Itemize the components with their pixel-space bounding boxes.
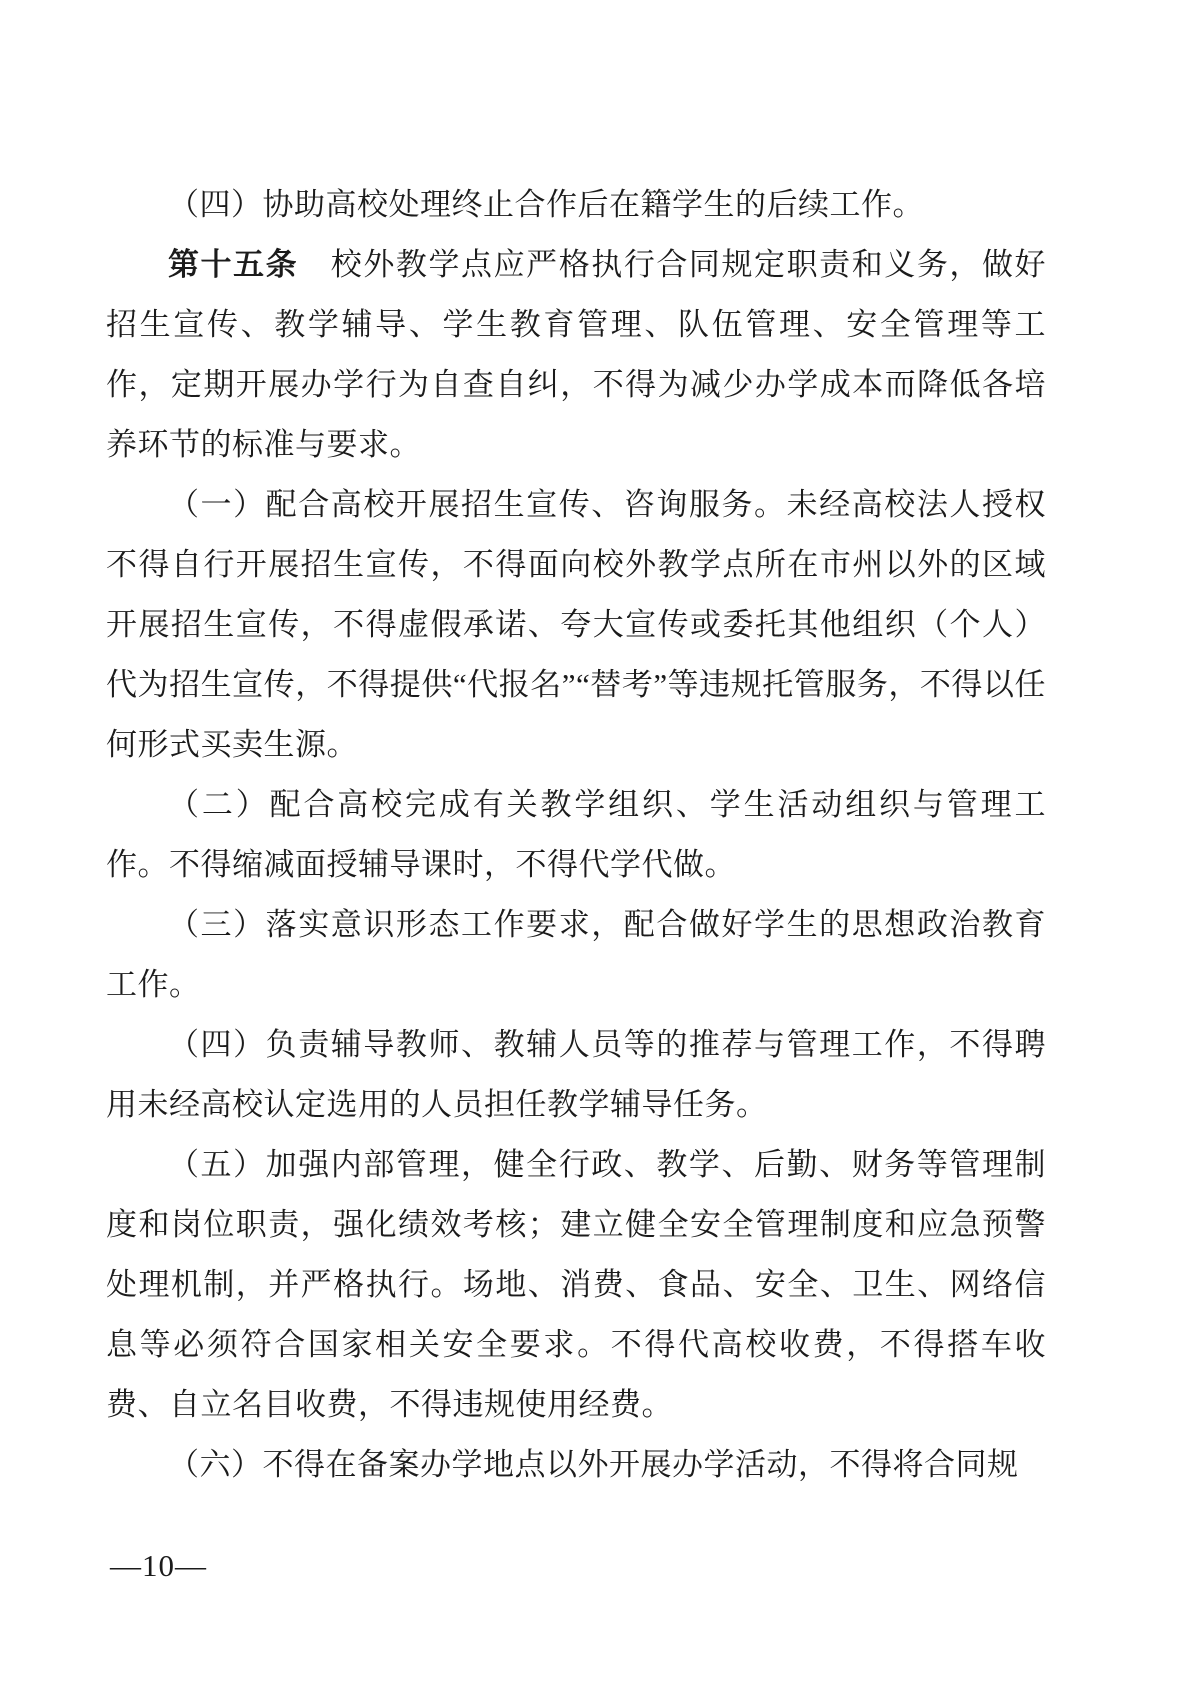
paragraph: （二）配合高校完成有关教学组织、学生活动组织与管理工作。不得缩减面授辅导课时，不… xyxy=(106,775,1046,895)
document-body: （四）协助高校处理终止合作后在籍学生的后续工作。第十五条 校外教学点应严格执行合… xyxy=(106,175,1046,1495)
paragraph: （四）协助高校处理终止合作后在籍学生的后续工作。 xyxy=(106,175,1046,235)
page-number: —10— xyxy=(110,1541,207,1591)
paragraph: （三）落实意识形态工作要求，配合做好学生的思想政治教育工作。 xyxy=(106,895,1046,1015)
paragraph: （一）配合高校开展招生宣传、咨询服务。未经高校法人授权不得自行开展招生宣传，不得… xyxy=(106,475,1046,775)
paragraph: （六）不得在备案办学地点以外开展办学活动，不得将合同规 xyxy=(106,1435,1046,1495)
paragraph: （四）负责辅导教师、教辅人员等的推荐与管理工作，不得聘用未经高校认定选用的人员担… xyxy=(106,1015,1046,1135)
paragraph: 第十五条 校外教学点应严格执行合同规定职责和义务，做好招生宣传、教学辅导、学生教… xyxy=(106,235,1046,475)
paragraph: （五）加强内部管理，健全行政、教学、后勤、财务等管理制度和岗位职责，强化绩效考核… xyxy=(106,1135,1046,1435)
document-page: （四）协助高校处理终止合作后在籍学生的后续工作。第十五条 校外教学点应严格执行合… xyxy=(0,0,1191,1684)
article-number: 第十五条 xyxy=(168,247,331,282)
